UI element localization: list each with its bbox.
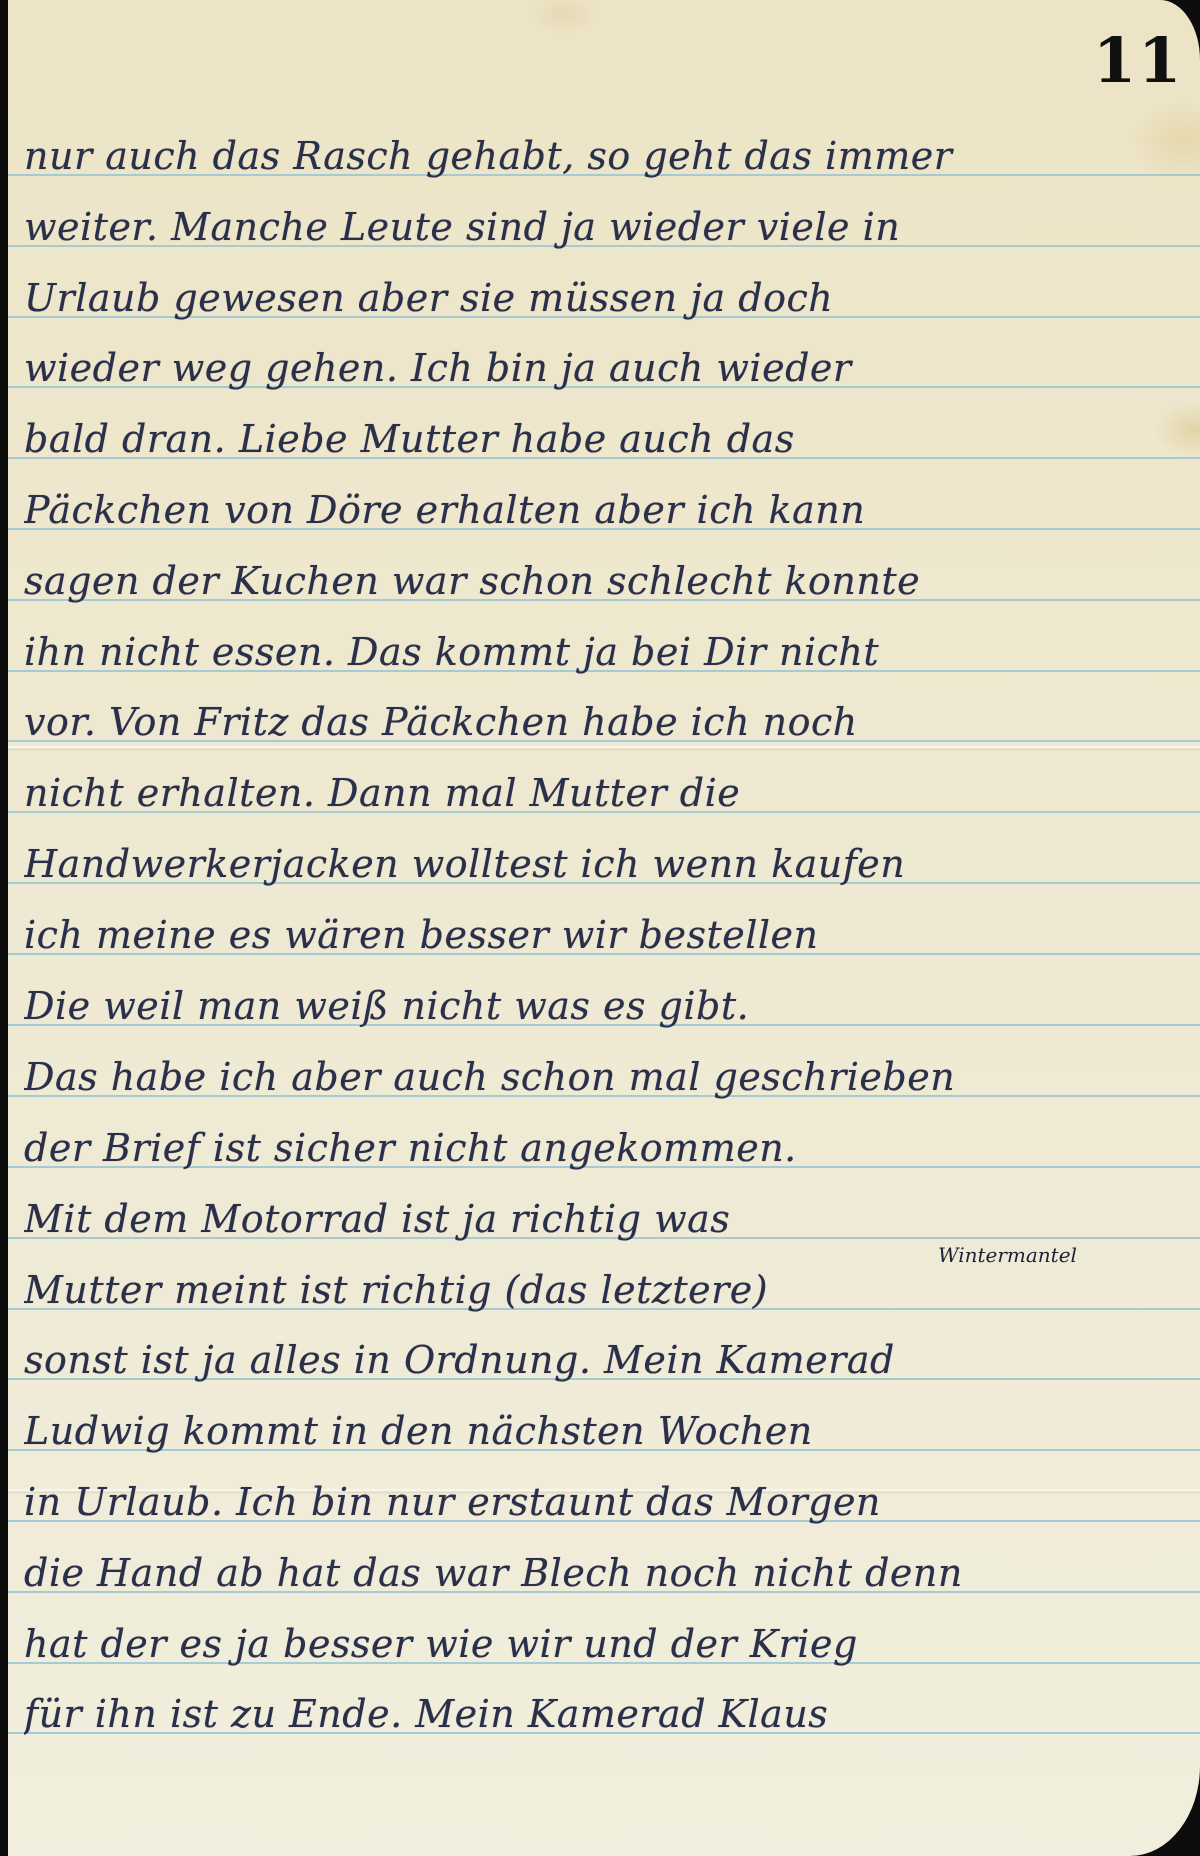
handwritten-line: Päckchen von Döre erhalten aber ich kann — [24, 480, 1184, 540]
handwritten-line: hat der es ja besser wie wir und der Kri… — [24, 1614, 1184, 1674]
handwritten-line: in Urlaub. Ich bin nur erstaunt das Morg… — [24, 1472, 1184, 1532]
handwritten-line: Urlaub gewesen aber sie müssen ja doch — [24, 268, 1184, 328]
handwritten-line: Das habe ich aber auch schon mal geschri… — [24, 1047, 1184, 1107]
handwritten-line: der Brief ist sicher nicht angekommen. — [24, 1118, 1184, 1178]
handwritten-line: Mit dem Motorrad ist ja richtig was — [24, 1189, 1184, 1249]
handwritten-line: sonst ist ja alles in Ordnung. Mein Kame… — [24, 1330, 1184, 1390]
handwritten-line: für ihn ist zu Ende. Mein Kamerad Klaus — [24, 1684, 1184, 1744]
handwritten-line: nur auch das Rasch gehabt, so geht das i… — [24, 126, 1184, 186]
handwritten-line: Handwerkerjacken wolltest ich wenn kaufe… — [24, 834, 1184, 894]
handwritten-line: Ludwig kommt in den nächsten Wochen — [24, 1401, 1184, 1461]
handwritten-line: ihn nicht essen. Das kommt ja bei Dir ni… — [24, 622, 1184, 682]
handwritten-line: Mutter meint ist richtig (das letztere) — [24, 1260, 1184, 1320]
handwritten-line: weiter. Manche Leute sind ja wieder viel… — [24, 197, 1184, 257]
perforated-edge — [0, 0, 14, 1856]
handwritten-line: vor. Von Fritz das Päckchen habe ich noc… — [24, 692, 1184, 752]
handwritten-line: ich meine es wären besser wir bestellen — [24, 905, 1184, 965]
handwritten-line: wieder weg gehen. Ich bin ja auch wieder — [24, 338, 1184, 398]
page-number: 11 — [1093, 30, 1183, 92]
handwritten-line: bald dran. Liebe Mutter habe auch das — [24, 409, 1184, 469]
handwritten-line: Die weil man weiß nicht was es gibt. — [24, 976, 1184, 1036]
handwritten-line: die Hand ab hat das war Blech noch nicht… — [24, 1543, 1184, 1603]
handwritten-line: nicht erhalten. Dann mal Mutter die — [24, 763, 1184, 823]
handwritten-line: sagen der Kuchen war schon schlecht konn… — [24, 551, 1184, 611]
